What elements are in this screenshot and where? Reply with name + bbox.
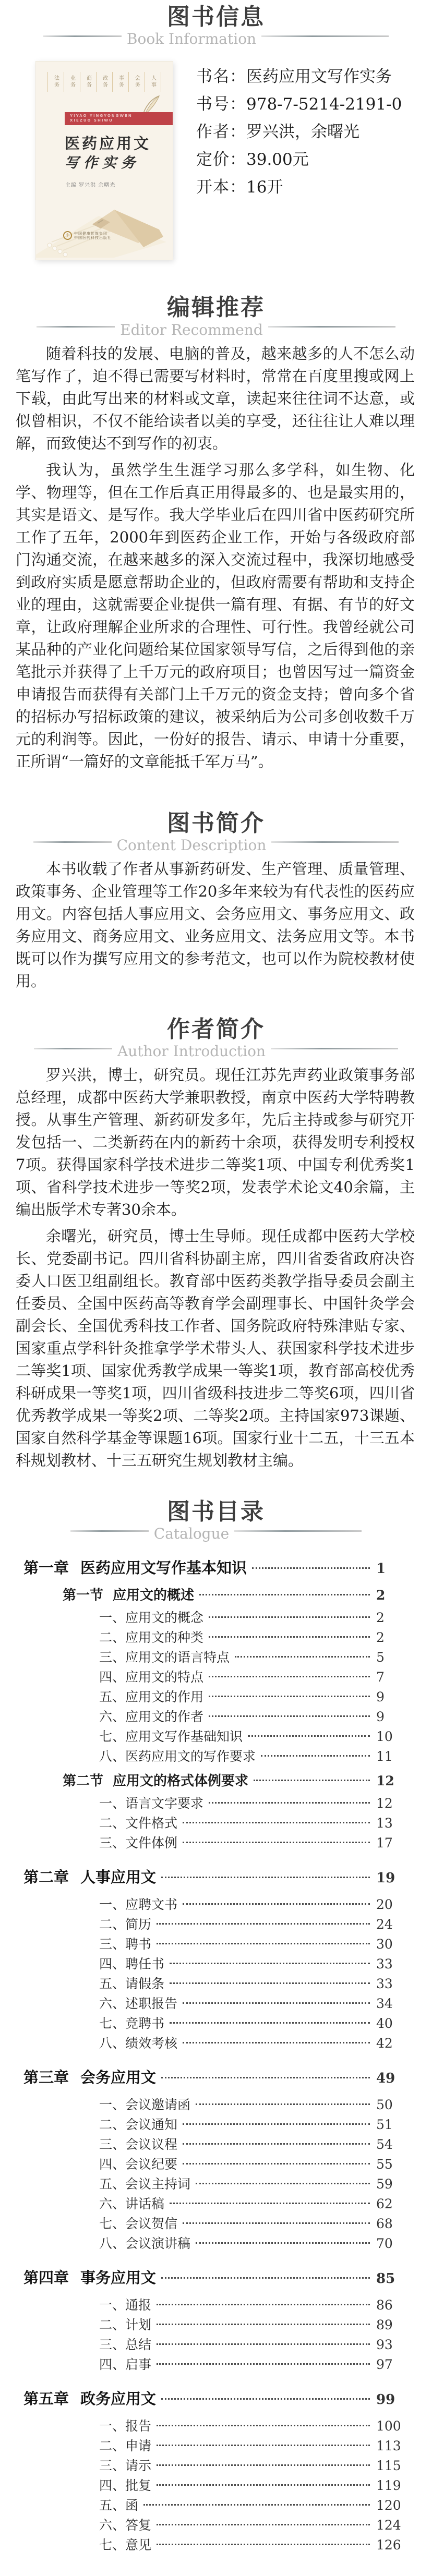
toc-dot-leader [161,2398,370,2400]
section-header-content-description: 图书简介 Content Description [0,811,432,854]
toc-entry-title: 七、意见 [99,2535,151,2555]
toc-entry-title: 八、会议演讲稿 [99,2234,190,2254]
toc-dot-leader [196,2183,370,2184]
toc-dot-leader [209,1802,370,1804]
section-title: 图书简介 [0,811,432,836]
divider-line-left [34,1048,112,1049]
toc-entry-title: 二、应用文的种类 [99,1628,203,1648]
toc-dot-leader [183,2123,370,2125]
toc-entry-page: 85 [373,2269,403,2289]
cover-category: 事务 [112,72,128,92]
toc-dot-leader [183,1842,370,1843]
toc-dot-leader [261,1755,370,1757]
toc-entry-page: 2 [373,1586,403,1605]
section-subtitle: Book Information [127,32,256,46]
toc-entry-title: 人事应用文 [80,1867,156,1887]
toc-entry: 四、应用文的特点 7 [23,1667,403,1687]
toc-entry: 六、述职报告 34 [23,1994,403,2014]
toc-entry-title: 一、语言文字要求 [99,1794,203,1813]
toc-entry: 七、应用文写作基础知识 10 [23,1727,403,1747]
cover-category: 商务 [80,72,96,92]
toc-entry-title: 一、会议邀请函 [99,2095,190,2115]
toc-dot-leader [183,1903,370,1905]
toc-dot-leader [254,1780,370,1781]
toc-entry-label: 第一章 [23,1558,69,1578]
toc-entry-label: 第三章 [23,2067,69,2087]
toc-entry-page: 99 [373,2390,403,2410]
toc-dot-leader [196,2242,370,2244]
toc-entry-page: 100 [373,2416,403,2436]
toc-dot-leader [183,2042,370,2043]
toc-entry: 第一节 应用文的概述 2 [23,1586,403,1605]
section-title: 作者简介 [0,1017,432,1042]
toc-entry: 八、会议演讲稿 70 [23,2234,403,2254]
toc-entry-page: 13 [373,1813,403,1833]
section-title: 图书目录 [0,1499,432,1525]
section-title: 编辑推荐 [0,295,432,320]
cover-pinyin-banner: YIYAO YINGYONGWEN XIEZUO SHIWU [65,112,173,125]
toc-entry-title: 四、启事 [99,2355,151,2375]
toc-entry-page: 49 [373,2069,403,2088]
toc-entry: 二、申请 113 [23,2436,403,2456]
toc-dot-leader [183,2002,370,2004]
toc-entry-title: 二、计划 [99,2315,151,2335]
toc-entry: 二、文件格式 13 [23,1813,403,1833]
toc-entry-page: 1 [373,1559,403,1579]
toc-entry: 五、函 120 [23,2496,403,2515]
toc-entry-page: 68 [373,2214,403,2234]
toc-entry-title: 五、应用文的作用 [99,1687,203,1707]
toc-dot-leader [161,2077,370,2078]
toc-entry: 二、会议通知 51 [23,2115,403,2135]
toc-entry-page: 34 [373,1994,403,2014]
toc-dot-leader [170,2203,370,2204]
section-author-introduction: 作者简介 Author Introduction 罗兴洪，博士，研究员。现任江苏… [0,1017,432,1472]
section-subtitle: Catalogue [154,1527,229,1541]
toc-entry-page: 50 [373,2095,403,2115]
section-header-book-info: 图书信息 Book Information [0,4,432,47]
cover-category-strip: 法务 业务 商务 政务 事务 会务 人事 [47,72,161,92]
toc-entry-page: 54 [373,2135,403,2155]
book-field-author: 作者：罗兴洪，余曙光 [196,118,402,146]
book-field-isbn: 书号：978-7-5214-2191-0 [196,91,402,118]
cover-category: 政务 [96,72,112,92]
divider-line-left [37,326,115,328]
divider-line-right [234,1530,362,1532]
catalogue-list: 第一章 医药应用文写作基本知识 1 第一节 应用文的概述 2 一、应用文的概念 … [23,1558,403,2555]
toc-entry: 第二节 应用文的格式体例要求 12 [23,1771,403,1791]
book-field-format: 开本：16开 [196,174,402,201]
cover-category: 业务 [64,72,80,92]
toc-entry-page: 7 [373,1667,403,1687]
toc-entry-page: 93 [373,2335,403,2355]
toc-dot-leader [157,2363,370,2365]
toc-dot-leader [157,2425,370,2426]
toc-entry-label: 第二章 [23,1867,69,1887]
toc-entry-title: 一、应用文的概念 [99,1608,203,1628]
toc-dot-leader [252,1567,370,1569]
toc-entry: 七、会议贺信 68 [23,2214,403,2234]
toc-entry: 一、通报 86 [23,2295,403,2315]
toc-entry: 一、应聘文书 20 [23,1895,403,1915]
section-subtitle: Author Introduction [117,1044,266,1059]
toc-entry-title: 医药应用文写作基本知识 [80,1558,247,1578]
toc-entry-page: 119 [373,2476,403,2496]
toc-entry-title: 事务应用文 [80,2268,156,2288]
toc-entry-page: 120 [373,2496,403,2515]
toc-entry-page: 33 [373,1954,403,1974]
toc-entry-page: 30 [373,1934,403,1954]
toc-dot-leader [170,2022,370,2024]
toc-entry-page: 115 [373,2456,403,2476]
toc-entry-label: 第二节 [63,1771,103,1791]
toc-entry-page: 59 [373,2174,403,2194]
book-fields: 书名：医药应用文写作实务 书号：978-7-5214-2191-0 作者：罗兴洪… [196,61,402,260]
toc-entry-page: 24 [373,1915,403,1934]
toc-entry: 一、报告 100 [23,2416,403,2436]
toc-entry: 四、启事 97 [23,2355,403,2375]
toc-entry-page: 97 [373,2355,403,2375]
book-cover: 法务 业务 商务 政务 事务 会务 人事 YIYAO YING [35,61,173,260]
toc-entry-title: 三、聘书 [99,1934,151,1954]
toc-entry-title: 三、请示 [99,2456,151,2476]
section-title: 图书信息 [0,4,432,30]
toc-entry-page: 62 [373,2194,403,2214]
paragraph: 本书收载了作者从事新药研发、生产管理、质量管理、政策事务、企业管理等工作20多年… [16,858,415,993]
toc-entry-page: 10 [373,1727,403,1747]
section-editor-recommend: 编辑推荐 Editor Recommend 随着科技的发展、电脑的普及，越来越多… [0,295,432,772]
toc-entry-page: 9 [373,1687,403,1707]
toc-entry: 第五章 政务应用文 99 [23,2389,403,2410]
toc-entry: 七、竞聘书 40 [23,2014,403,2034]
toc-entry-title: 二、会议通知 [99,2115,177,2135]
toc-entry-page: 9 [373,1707,403,1727]
toc-entry-title: 六、应用文的作者 [99,1707,203,1727]
book-detail-page: 图书信息 Book Information 法务 业务 商务 政务 事务 会务 … [0,0,432,2576]
toc-entry-page: 20 [373,1895,403,1915]
toc-dot-leader [183,1822,370,1823]
toc-entry: 第一章 医药应用文写作基本知识 1 [23,1558,403,1579]
paragraph: 余曙光，研究员，博士生导师。现任成都中医药大学校长、党委副书记。四川省科协副主席… [16,1225,415,1472]
section-subtitle: Content Description [117,838,267,853]
toc-dot-leader [248,1735,370,1737]
toc-entry-label: 第一节 [63,1586,103,1605]
toc-entry-page: 42 [373,2034,403,2053]
toc-entry: 五、请假条 33 [23,1974,403,1994]
toc-entry-page: 124 [373,2515,403,2535]
toc-entry-title: 三、应用文的语言特点 [99,1648,230,1667]
section-book-info: 图书信息 Book Information 法务 业务 商务 政务 事务 会务 … [0,0,432,260]
toc-entry-page: 12 [373,1771,403,1791]
toc-entry-title: 七、应用文写作基础知识 [99,1727,243,1747]
toc-entry: 四、会议纪要 55 [23,2155,403,2174]
toc-dot-leader [209,1715,370,1717]
cover-category: 人事 [145,72,161,92]
toc-dot-leader [157,2464,370,2466]
toc-entry-title: 二、简历 [99,1915,151,1934]
section-catalogue: 图书目录 Catalogue 第一章 医药应用文写作基本知识 1 第一节 应用文… [0,1499,432,2555]
toc-entry: 第三章 会务应用文 49 [23,2067,403,2088]
cover-category: 法务 [47,72,64,92]
toc-entry-title: 三、会议议程 [99,2135,177,2155]
divider-line-left [33,841,112,843]
toc-dot-leader [157,2524,370,2525]
toc-entry-title: 三、总结 [99,2335,151,2355]
paragraph: 我认为，虽然学生生涯学习那么多学科，如生物、化学、物理等，但在工作后真正用得最多… [16,459,415,773]
toc-dot-leader [157,1943,370,1944]
toc-dot-leader [209,1676,370,1677]
toc-dot-leader [157,1923,370,1925]
toc-entry: 五、会议主持词 59 [23,2174,403,2194]
toc-entry: 四、聘任书 33 [23,1954,403,1974]
toc-entry: 四、批复 119 [23,2476,403,2496]
toc-entry-title: 二、文件格式 [99,1813,177,1833]
toc-entry: 六、答复 124 [23,2515,403,2535]
toc-entry-title: 六、讲话稿 [99,2194,164,2214]
toc-entry-page: 12 [373,1794,403,1813]
toc-dot-leader [183,2222,370,2224]
toc-entry: 八、医药应用文的写作要求 11 [23,1747,403,1767]
toc-entry: 三、请示 115 [23,2456,403,2476]
toc-entry-title: 五、请假条 [99,1974,164,1994]
toc-dot-leader [170,1963,370,1964]
section-content-description: 图书简介 Content Description 本书收载了作者从事新药研发、生… [0,811,432,993]
toc-entry-label: 第四章 [23,2268,69,2288]
toc-entry: 八、绩效考核 42 [23,2034,403,2053]
book-field-title: 书名：医药应用文写作实务 [196,63,402,91]
toc-entry-page: 55 [373,2155,403,2174]
toc-dot-leader [143,2504,370,2506]
toc-entry: 三、会议议程 54 [23,2135,403,2155]
toc-dot-leader [209,1696,370,1697]
toc-entry-title: 政务应用文 [80,2389,156,2409]
publisher-block: 中 中国健康传媒集团 中国医药科技出版社 [63,231,112,240]
toc-entry: 七、意见 126 [23,2535,403,2555]
toc-entry-page: 126 [373,2535,403,2555]
toc-dot-leader [157,2304,370,2305]
toc-entry-page: 70 [373,2234,403,2254]
toc-dot-leader [183,2163,370,2164]
toc-entry: 三、总结 93 [23,2335,403,2355]
toc-entry: 三、聘书 30 [23,1934,403,1954]
toc-entry-title: 应用文的格式体例要求 [113,1771,248,1791]
paragraph: 随着科技的发展、电脑的普及，越来越多的人不怎么动笔写作了，迫不得已需要写材料时，… [16,343,415,455]
toc-dot-leader [157,2445,370,2446]
toc-entry-title: 五、函 [99,2496,138,2515]
toc-entry-title: 七、会议贺信 [99,2214,177,2234]
toc-entry-page: 51 [373,2115,403,2135]
toc-dot-leader [183,2143,370,2145]
toc-dot-leader [157,2544,370,2545]
toc-entry-page: 2 [373,1608,403,1628]
toc-dot-leader [199,1594,370,1595]
section-header-editor-recommend: 编辑推荐 Editor Recommend [0,295,432,338]
toc-entry-page: 19 [373,1868,403,1888]
toc-entry-title: 四、应用文的特点 [99,1667,203,1687]
toc-dot-leader [209,1636,370,1638]
toc-entry-title: 六、答复 [99,2515,151,2535]
toc-entry-title: 一、通报 [99,2295,151,2315]
toc-entry: 一、会议邀请函 50 [23,2095,403,2115]
toc-entry: 一、语言文字要求 12 [23,1794,403,1813]
paragraph: 罗兴洪，博士，研究员。现任江苏先声药业政策事务部总经理，成都中医药大学兼职教授，… [16,1064,415,1221]
toc-dot-leader [161,2277,370,2279]
toc-dot-leader [196,2103,370,2105]
toc-entry-page: 113 [373,2436,403,2456]
toc-entry-page: 17 [373,1833,403,1853]
toc-entry: 二、应用文的种类 2 [23,1628,403,1648]
toc-entry-label: 第五章 [23,2389,69,2409]
toc-entry-title: 一、报告 [99,2416,151,2436]
toc-entry-page: 89 [373,2315,403,2335]
toc-entry-title: 七、竞聘书 [99,2014,164,2034]
cover-title: 医药应用文 写作实务 [65,134,151,173]
toc-entry-title: 六、述职报告 [99,1994,177,2014]
section-header-catalogue: 图书目录 Catalogue [0,1499,432,1542]
toc-entry-title: 四、批复 [99,2476,151,2496]
toc-entry: 六、应用文的作者 9 [23,1707,403,1727]
divider-line-right [261,35,389,37]
toc-entry-title: 三、文件体例 [99,1833,177,1853]
toc-entry-page: 11 [373,1747,403,1767]
toc-entry-title: 五、会议主持词 [99,2174,190,2194]
toc-entry: 三、应用文的语言特点 5 [23,1648,403,1667]
toc-entry: 二、计划 89 [23,2315,403,2335]
toc-entry: 一、应用文的概念 2 [23,1608,403,1628]
toc-entry: 二、简历 24 [23,1915,403,1934]
toc-entry: 五、应用文的作用 9 [23,1687,403,1707]
toc-dot-leader [157,2324,370,2325]
toc-entry-title: 二、申请 [99,2436,151,2456]
toc-entry-title: 会务应用文 [80,2067,156,2087]
divider-line-left [70,1530,149,1532]
toc-entry: 三、文件体例 17 [23,1833,403,1853]
toc-entry-page: 5 [373,1648,403,1667]
toc-entry-title: 八、医药应用文的写作要求 [99,1747,256,1767]
toc-entry: 第四章 事务应用文 85 [23,2268,403,2289]
divider-line-right [268,326,395,328]
toc-entry: 六、讲话稿 62 [23,2194,403,2214]
toc-entry: 第二章 人事应用文 19 [23,1867,403,1888]
toc-entry-page: 2 [373,1628,403,1648]
toc-dot-leader [170,1982,370,1984]
toc-dot-leader [161,1877,370,1878]
toc-entry-title: 四、会议纪要 [99,2155,177,2174]
toc-entry-title: 八、绩效考核 [99,2034,177,2053]
toc-entry-title: 四、聘任书 [99,1954,164,1974]
publisher-logo-icon: 中 [63,231,72,240]
toc-entry-title: 应用文的概述 [113,1586,194,1605]
section-subtitle: Editor Recommend [120,323,263,337]
toc-dot-leader [157,2343,370,2345]
cover-category: 会务 [128,72,145,92]
divider-line-left [43,35,122,37]
toc-entry-page: 40 [373,2014,403,2034]
toc-entry-page: 86 [373,2295,403,2315]
toc-dot-leader [209,1616,370,1618]
book-field-price: 定价：39.00元 [196,146,402,174]
pen-notebook-illustration [36,179,173,260]
divider-line-right [271,1048,398,1049]
toc-dot-leader [157,2484,370,2486]
toc-entry-title: 一、应聘文书 [99,1895,177,1915]
toc-entry-page: 33 [373,1974,403,1994]
divider-line-right [271,841,399,843]
section-header-author-introduction: 作者简介 Author Introduction [0,1017,432,1060]
toc-dot-leader [235,1656,370,1658]
